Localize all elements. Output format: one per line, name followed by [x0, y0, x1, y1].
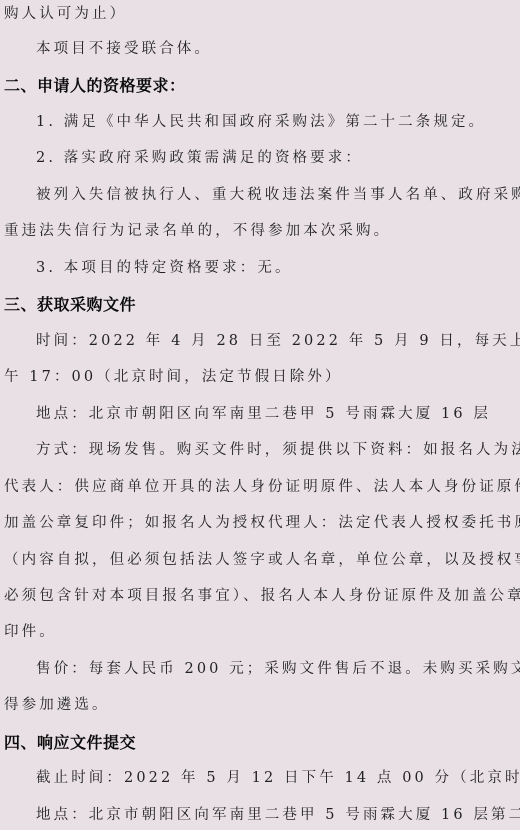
text-line: 加盖公章复印件；如报名人为授权代理人：法定代表人授权委托书原件: [4, 505, 520, 542]
text-line: 3. 本项目的特定资格要求：无。: [36, 250, 293, 287]
text-line: 代表人：供应商单位开具的法人身份证明原件、法人本人身份证原件及: [4, 469, 520, 506]
text-line: 时间：2022 年 4 月 28 日至 2022 年 5 月 9 日，每天上午 …: [36, 323, 520, 360]
text-line: 地点：北京市朝阳区向军南里二巷甲 5 号雨霖大厦 16 层第二会议室: [36, 797, 520, 830]
section-heading-qualifications: 二、申请人的资格要求：: [4, 67, 186, 104]
section-heading-submission: 四、响应文件提交: [4, 724, 136, 761]
text-line: 截止时间：2022 年 5 月 12 日下午 14 点 00 分（北京时间）: [36, 760, 520, 797]
text-line: 必须包含针对本项目报名事宜）、报名人本人身份证原件及加盖公章复: [4, 578, 520, 615]
text-line: 被列入失信被执行人、重大税收违法案件当事人名单、政府采购严: [36, 177, 520, 214]
text-line: 印件。: [4, 614, 57, 651]
text-line: 重违法失信行为记录名单的，不得参加本次采购。: [4, 213, 391, 250]
text-line: 售价：每套人民币 200 元；采购文件售后不退。未购买采购文件不: [36, 651, 520, 688]
text-line: 地点：北京市朝阳区向军南里二巷甲 5 号雨霖大厦 16 层: [36, 396, 491, 433]
text-line: 得参加遴选。: [4, 687, 110, 724]
text-line: （内容自拟，但必须包括法人签字或人名章，单位公章，以及授权事项: [4, 542, 520, 579]
section-heading-obtain-documents: 三、获取采购文件: [4, 286, 136, 323]
text-line: 本项目不接受联合体。: [36, 31, 212, 68]
text-line: 1. 满足《中华人民共和国政府采购法》第二十二条规定。: [36, 104, 486, 141]
document-page: 购人认可为止） 本项目不接受联合体。 二、申请人的资格要求： 1. 满足《中华人…: [0, 0, 520, 830]
text-line: 午 17：00（北京时间，法定节假日除外）: [4, 359, 343, 396]
text-line: 2. 落实政府采购政策需满足的资格要求：: [36, 140, 363, 177]
text-line: 购人认可为止）: [4, 0, 127, 33]
text-line: 方式：现场发售。购买文件时，须提供以下资料：如报名人为法定: [36, 432, 520, 469]
